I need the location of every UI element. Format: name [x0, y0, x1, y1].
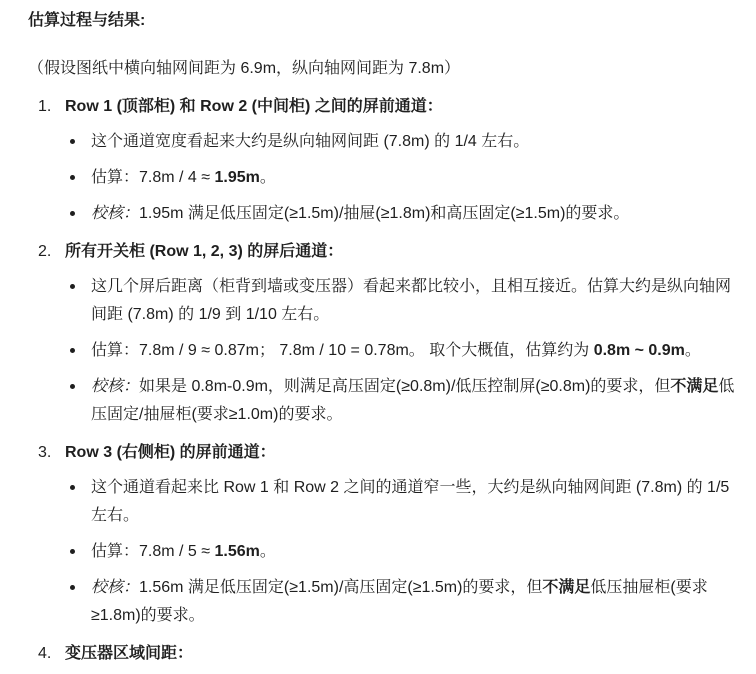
bullet-text-italic: 校核：: [91, 205, 139, 222]
bullet-item: 校核：1.95m 满足低压固定(≥1.5m)/抽屉(≥1.8m)和高压固定(≥1…: [65, 200, 736, 228]
list-item-3: 3. Row 3 (右侧柜) 的屏前通道： 这个通道看起来比 Row 1 和 R…: [28, 439, 736, 630]
bullet-dot-icon: [70, 585, 75, 590]
list-number: 1.: [38, 93, 51, 121]
bullet-text-italic: 校核：: [91, 378, 139, 395]
bullet-item: 校核：如果是 0.8m-0.9m，则满足高压固定(≥0.8m)/低压控制屏(≥0…: [65, 373, 736, 429]
list-item-4: 4. 变压器区域间距：: [28, 640, 736, 668]
assumption-note: （假设图纸中横向轴网间距为 6.9m，纵向轴网间距为 7.8m）: [28, 55, 736, 83]
bullet-text: 1.95m 满足低压固定(≥1.5m)/抽屉(≥1.8m)和高压固定(≥1.5m…: [139, 205, 629, 222]
bullet-text-italic: 校核：: [91, 579, 139, 596]
bullet-dot-icon: [70, 348, 75, 353]
bullet-text-bold: 1.95m: [214, 169, 259, 186]
list-item-title: Row 3 (右侧柜) 的屏前通道：: [65, 439, 736, 467]
bullet-text: 。: [260, 543, 276, 560]
bullet-text-bold: 不满足: [542, 579, 590, 596]
bullet-dot-icon: [70, 384, 75, 389]
bullet-item: 估算：7.8m / 9 ≈ 0.87m； 7.8m / 10 = 0.78m。 …: [65, 337, 736, 365]
bullet-dot-icon: [70, 549, 75, 554]
list-item-title: 所有开关柜 (Row 1, 2, 3) 的屏后通道：: [65, 238, 736, 266]
bullet-text: 估算：7.8m / 9 ≈ 0.87m； 7.8m / 10 = 0.78m。 …: [91, 342, 594, 359]
bullet-text: 这个通道看起来比 Row 1 和 Row 2 之间的通道窄一些，大约是纵向轴网间…: [91, 479, 729, 524]
sub-bullet-list: 这个通道看起来比 Row 1 和 Row 2 之间的通道窄一些，大约是纵向轴网间…: [65, 474, 736, 630]
list-item-title: Row 1 (顶部柜) 和 Row 2 (中间柜) 之间的屏前通道：: [65, 93, 736, 121]
bullet-text: 这个通道宽度看起来大约是纵向轴网间距 (7.8m) 的 1/4 左右。: [91, 133, 529, 150]
bullet-item: 校核：1.56m 满足低压固定(≥1.5m)/高压固定(≥1.5m)的要求，但不…: [65, 574, 736, 630]
bullet-item: 这几个屏后距离（柜背到墙或变压器）看起来都比较小，且相互接近。估算大约是纵向轴网…: [65, 273, 736, 329]
bullet-text-bold: 不满足: [670, 378, 718, 395]
bullet-text: 估算：7.8m / 4 ≈: [91, 169, 214, 186]
list-number: 3.: [38, 439, 51, 467]
chat-response-document: 估算过程与结果: （假设图纸中横向轴网间距为 6.9m，纵向轴网间距为 7.8m…: [0, 0, 756, 668]
bullet-dot-icon: [70, 284, 75, 289]
list-number: 2.: [38, 238, 51, 266]
bullet-text: 。: [260, 169, 276, 186]
bullet-dot-icon: [70, 485, 75, 490]
list-item-title: 变压器区域间距：: [65, 640, 736, 668]
bullet-item: 估算：7.8m / 5 ≈ 1.56m。: [65, 538, 736, 566]
list-item-2: 2. 所有开关柜 (Row 1, 2, 3) 的屏后通道： 这几个屏后距离（柜背…: [28, 238, 736, 429]
bullet-text: 1.56m 满足低压固定(≥1.5m)/高压固定(≥1.5m)的要求，但: [139, 579, 542, 596]
bullet-dot-icon: [70, 211, 75, 216]
bullet-item: 这个通道看起来比 Row 1 和 Row 2 之间的通道窄一些，大约是纵向轴网间…: [65, 474, 736, 530]
bullet-text: 估算：7.8m / 5 ≈: [91, 543, 214, 560]
list-number: 4.: [38, 640, 51, 668]
bullet-text-bold: 1.56m: [214, 543, 259, 560]
bullet-item: 估算：7.8m / 4 ≈ 1.95m。: [65, 164, 736, 192]
estimation-list: 1. Row 1 (顶部柜) 和 Row 2 (中间柜) 之间的屏前通道： 这个…: [28, 93, 736, 668]
bullet-item: 这个通道宽度看起来大约是纵向轴网间距 (7.8m) 的 1/4 左右。: [65, 128, 736, 156]
sub-bullet-list: 这几个屏后距离（柜背到墙或变压器）看起来都比较小，且相互接近。估算大约是纵向轴网…: [65, 273, 736, 429]
sub-bullet-list: 这个通道宽度看起来大约是纵向轴网间距 (7.8m) 的 1/4 左右。 估算：7…: [65, 128, 736, 228]
section-heading: 估算过程与结果:: [28, 7, 736, 35]
bullet-dot-icon: [70, 139, 75, 144]
list-item-1: 1. Row 1 (顶部柜) 和 Row 2 (中间柜) 之间的屏前通道： 这个…: [28, 93, 736, 228]
bullet-text: 这几个屏后距离（柜背到墙或变压器）看起来都比较小，且相互接近。估算大约是纵向轴网…: [91, 278, 731, 323]
bullet-text: 。: [685, 342, 701, 359]
bullet-text-bold: 0.8m ~ 0.9m: [594, 342, 685, 359]
bullet-text: 如果是 0.8m-0.9m，则满足高压固定(≥0.8m)/低压控制屏(≥0.8m…: [139, 378, 670, 395]
bullet-dot-icon: [70, 175, 75, 180]
